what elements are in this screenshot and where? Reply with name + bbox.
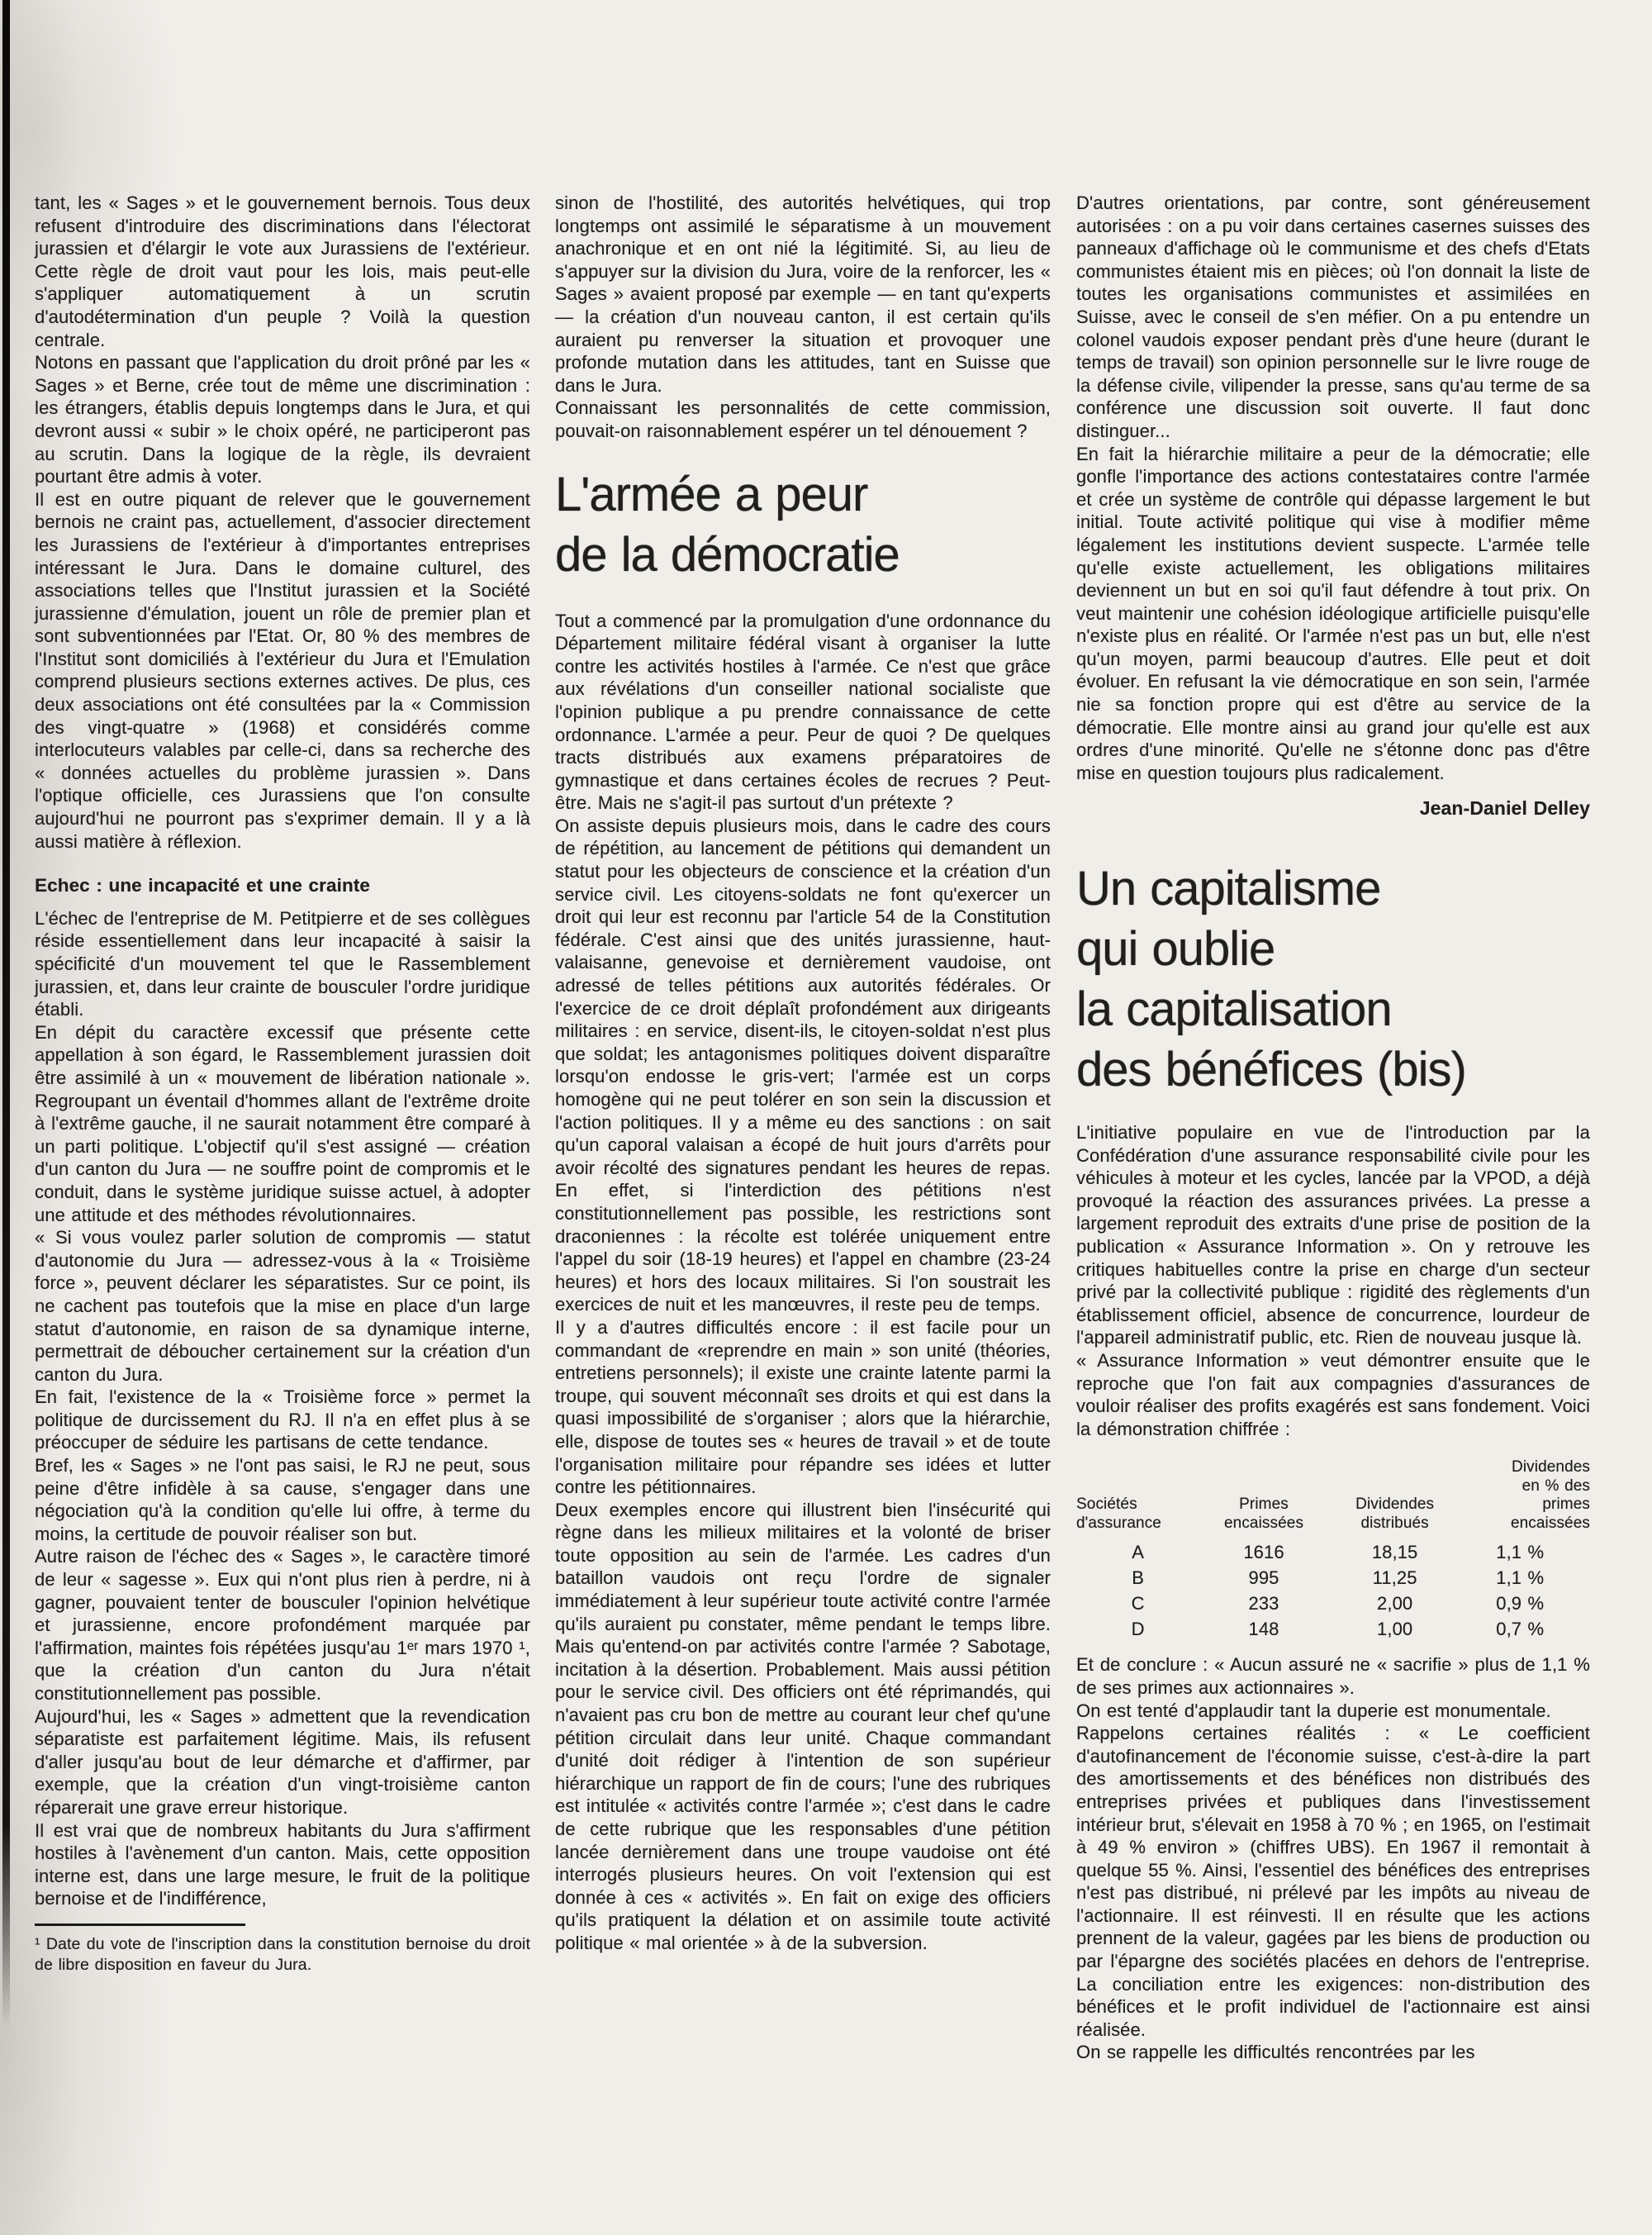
paragraph: Bref, les « Sages » ne l'ont pas saisi, … (35, 1454, 530, 1545)
jura-article-text-top: tant, les « Sages » et le gouvernement b… (35, 192, 530, 853)
paragraph: On assiste depuis plusieurs mois, dans l… (555, 815, 1051, 1316)
capitalisme-article-text-top: L'initiative populaire en vue de l'intro… (1076, 1121, 1590, 1440)
paragraph: Rappelons certaines réalités : « Le coef… (1076, 1722, 1590, 2041)
table-cell: B (1076, 1565, 1199, 1591)
headline-line: de la démocratie (555, 525, 1051, 585)
dividends-table-body: A161618,151,1 %B99511,251,1 %C2332,000,9… (1076, 1539, 1590, 1642)
table-cell: 995 (1199, 1565, 1328, 1591)
paragraph: En fait la hiérarchie militaire a peur d… (1076, 443, 1590, 785)
paragraph: Il est en outre piquant de relever que l… (35, 488, 530, 854)
paragraph: tant, les « Sages » et le gouvernement b… (35, 192, 530, 351)
footnote: ¹ Date du vote de l'inscription dans la … (35, 1934, 530, 1976)
table-cell: 18,15 (1328, 1539, 1462, 1565)
column-middle: sinon de l'hostilité, des autorités helv… (555, 192, 1051, 1955)
paragraph: L'initiative populaire en vue de l'intro… (1076, 1121, 1590, 1349)
jura-article-text-end: sinon de l'hostilité, des autorités helv… (555, 192, 1051, 443)
table-cell: 11,25 (1328, 1565, 1462, 1591)
headline-line: qui oublie (1076, 919, 1590, 979)
table-row: B99511,251,1 % (1076, 1565, 1590, 1591)
dividends-table-head: Sociétés d'assurancePrimes encaisséesDiv… (1076, 1458, 1590, 1539)
headline-line: des bénéfices (bis) (1076, 1039, 1590, 1100)
paragraph: Notons en passant que l'application du d… (35, 351, 530, 488)
armee-article-text-end: D'autres orientations, par contre, sont … (1076, 192, 1590, 784)
headline-line: la capitalisation (1076, 979, 1590, 1039)
table-row: D1481,000,7 % (1076, 1616, 1590, 1642)
paragraph: « Assurance Information » veut démontrer… (1076, 1349, 1590, 1440)
armee-article-text: Tout a commencé par la promulgation d'un… (555, 610, 1051, 1955)
column-right: D'autres orientations, par contre, sont … (1076, 192, 1590, 2064)
footnote-divider (35, 1924, 245, 1926)
paragraph: Tout a commencé par la promulgation d'un… (555, 610, 1051, 815)
table-cell: 148 (1199, 1616, 1328, 1642)
jura-article-text-bottom: L'échec de l'entreprise de M. Petitpierr… (35, 907, 530, 1910)
table-cell: 1,1 % (1461, 1539, 1590, 1565)
paragraph: Aujourd'hui, les « Sages » admettent que… (35, 1705, 530, 1819)
paragraph: En dépit du caractère excessif que prése… (35, 1021, 530, 1226)
table-cell: D (1076, 1616, 1199, 1642)
paragraph: sinon de l'hostilité, des autorités helv… (555, 192, 1051, 397)
headline-line: L'armée a peur (555, 464, 1051, 525)
headline-capitalisme: Un capitalismequi oubliela capitalisatio… (1076, 858, 1590, 1100)
table-cell: 2,00 (1328, 1591, 1462, 1616)
headline-line: Un capitalisme (1076, 858, 1590, 919)
capitalisme-article-text-bottom: Et de conclure : « Aucun assuré ne « sac… (1076, 1653, 1590, 2064)
paragraph: « Si vous voulez parler solution de comp… (35, 1226, 530, 1386)
table-cell: 0,9 % (1461, 1591, 1590, 1616)
scan-edge-rule (2, 0, 10, 2028)
headline-armee-a-peur: L'armée a peurde la démocratie (555, 464, 1051, 585)
dividends-table-header-row: Sociétés d'assurancePrimes encaisséesDiv… (1076, 1458, 1590, 1539)
dividends-table: Sociétés d'assurancePrimes encaisséesDiv… (1076, 1458, 1590, 1642)
column-left: tant, les « Sages » et le gouvernement b… (35, 192, 530, 1976)
table-cell: 233 (1199, 1591, 1328, 1616)
table-header-cell: Sociétés d'assurance (1076, 1458, 1199, 1539)
paragraph: D'autres orientations, par contre, sont … (1076, 192, 1590, 443)
paragraph: Connaissant les personnalités de cette c… (555, 397, 1051, 442)
paragraph: L'échec de l'entreprise de M. Petitpierr… (35, 907, 530, 1021)
paragraph: Il y a d'autres difficultés encore : il … (555, 1316, 1051, 1499)
paragraph: En fait, l'existence de la « Troisième f… (35, 1386, 530, 1454)
table-cell: 1,1 % (1461, 1565, 1590, 1591)
table-header-cell: Primes encaissées (1199, 1458, 1328, 1539)
paragraph: Autre raison de l'échec des « Sages », l… (35, 1545, 530, 1705)
paragraph: Et de conclure : « Aucun assuré ne « sac… (1076, 1653, 1590, 1699)
table-header-cell: Dividendes distribués (1328, 1458, 1462, 1539)
byline-author: Jean-Daniel Delley (1076, 797, 1590, 820)
table-row: A161618,151,1 % (1076, 1539, 1590, 1565)
table-cell: 0,7 % (1461, 1616, 1590, 1642)
table-cell: 1616 (1199, 1539, 1328, 1565)
paragraph: Il est vrai que de nombreux habitants du… (35, 1819, 530, 1910)
table-cell: 1,00 (1328, 1616, 1462, 1642)
paragraph: On est tenté d'applaudir tant la duperie… (1076, 1700, 1590, 1723)
scanned-magazine-page: tant, les « Sages » et le gouvernement b… (0, 0, 1652, 2235)
paragraph: Deux exemples encore qui illustrent bien… (555, 1499, 1051, 1955)
table-cell: C (1076, 1591, 1199, 1616)
subhead-echec: Echec : une incapacité et une crainte (35, 874, 530, 897)
table-row: C2332,000,9 % (1076, 1591, 1590, 1616)
table-header-cell: Dividendes en % des primes encaissées (1461, 1458, 1590, 1539)
paragraph: On se rappelle les difficultés rencontré… (1076, 2041, 1590, 2064)
table-cell: A (1076, 1539, 1199, 1565)
